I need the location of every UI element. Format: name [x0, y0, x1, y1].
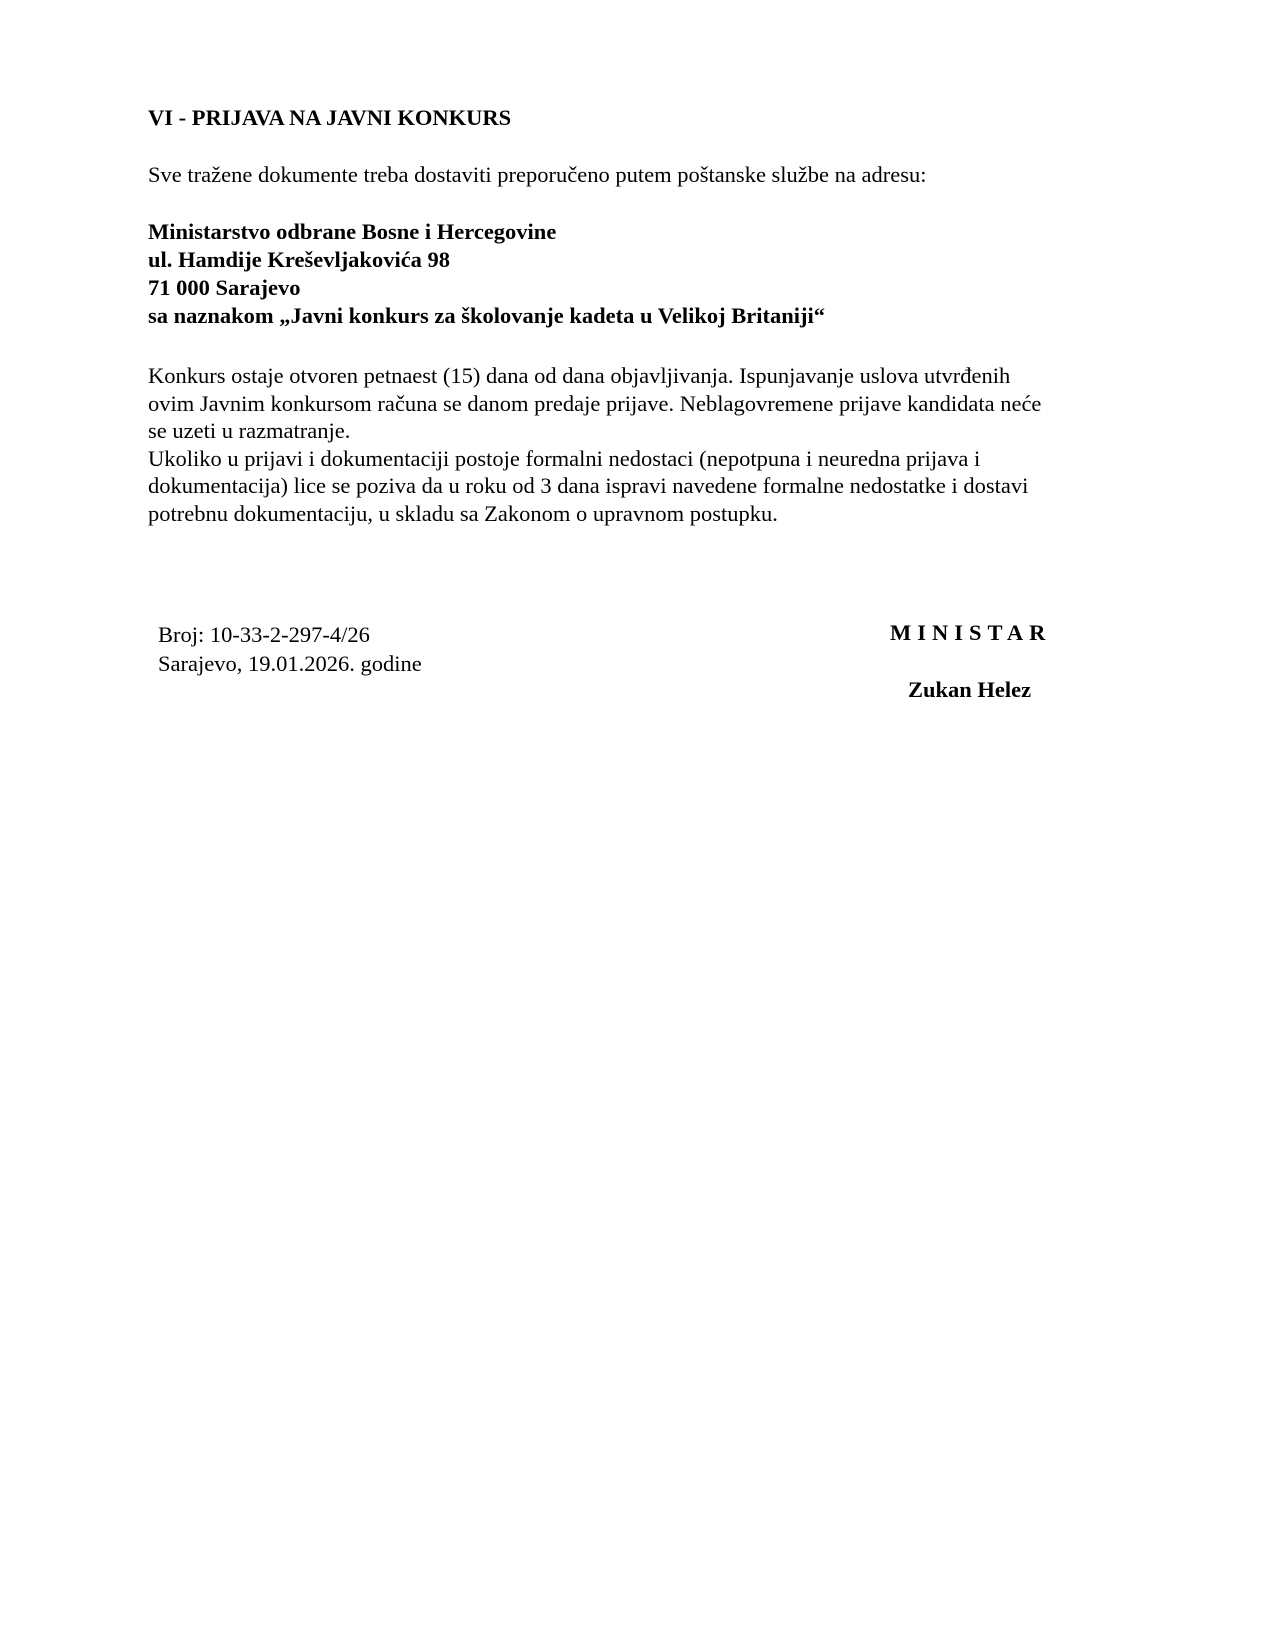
section-heading: VI - PRIJAVA NA JAVNI KONKURS — [148, 104, 511, 131]
body-line: Konkurs ostaje otvoren petnaest (15) dan… — [148, 362, 1148, 390]
address-line: ul. Hamdije Kreševljakovića 98 — [148, 246, 825, 274]
address-line: sa naznakom „Javni konkurs za školovanje… — [148, 302, 825, 330]
body-paragraph: Konkurs ostaje otvoren petnaest (15) dan… — [148, 362, 1148, 527]
place-date: Sarajevo, 19.01.2026. godine — [158, 649, 422, 678]
address-line: Ministarstvo odbrane Bosne i Hercegovine — [148, 218, 825, 246]
intro-text: Sve tražene dokumente treba dostaviti pr… — [148, 161, 927, 188]
body-line: dokumentacija) lice se poziva da u roku … — [148, 472, 1148, 500]
body-line: ovim Javnim konkursom računa se danom pr… — [148, 390, 1148, 418]
address-block: Ministarstvo odbrane Bosne i Hercegovine… — [148, 218, 825, 330]
document-meta: Broj: 10-33-2-297-4/26 Sarajevo, 19.01.2… — [158, 620, 422, 678]
body-line: Ukoliko u prijavi i dokumentaciji postoj… — [148, 445, 1148, 473]
document-number: Broj: 10-33-2-297-4/26 — [158, 620, 422, 649]
body-line: potrebnu dokumentaciju, u skladu sa Zako… — [148, 500, 1148, 528]
body-line: se uzeti u razmatranje. — [148, 417, 1148, 445]
signature-name: Zukan Helez — [908, 677, 1031, 703]
signature-title: MINISTAR — [890, 620, 1051, 646]
address-line: 71 000 Sarajevo — [148, 274, 825, 302]
